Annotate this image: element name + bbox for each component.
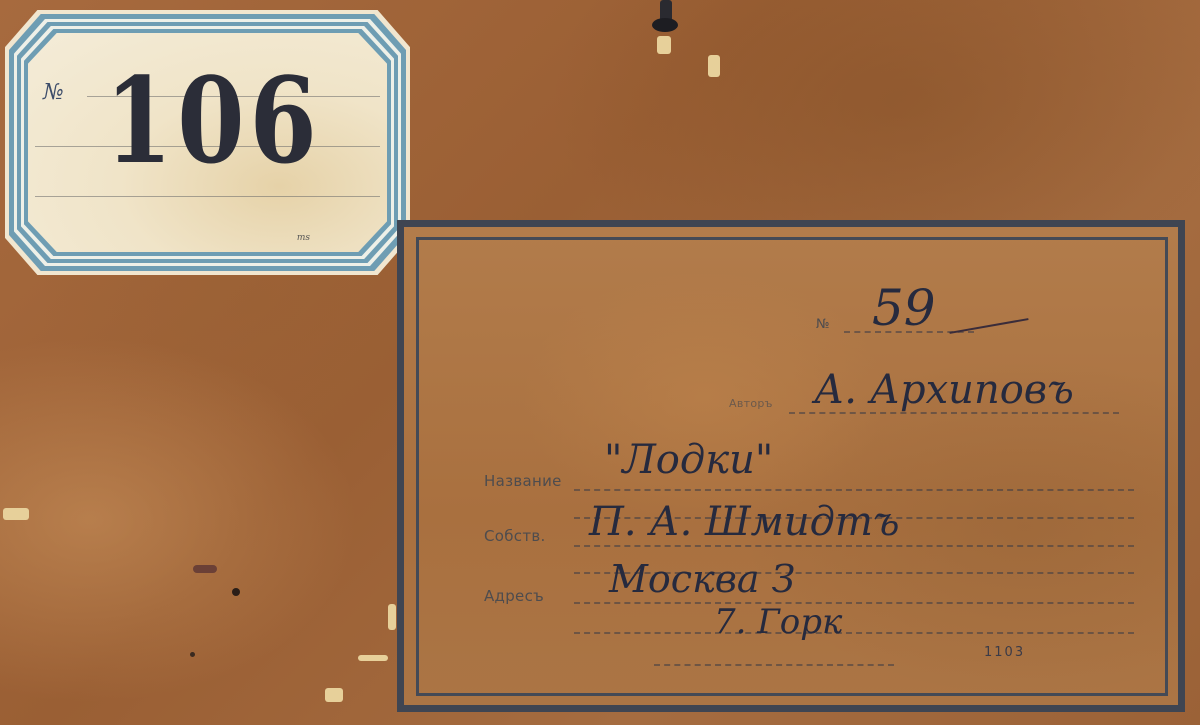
author-label: Авторъ	[729, 397, 773, 410]
paper-chip	[708, 55, 720, 77]
board-speck	[193, 565, 217, 573]
inventory-label: № 106 ms	[5, 10, 410, 275]
title-label: Название	[484, 472, 562, 490]
paper-chip	[388, 604, 396, 630]
owner-label: Собств.	[484, 527, 546, 545]
printer-mark: ms	[297, 233, 310, 243]
bottom-rule	[654, 664, 894, 666]
address-line	[574, 602, 1134, 604]
inventory-number: 106	[105, 62, 322, 180]
number-label: №	[816, 317, 830, 332]
board-speck	[232, 588, 240, 596]
paper-chip	[3, 508, 29, 520]
address-label: Адресъ	[484, 587, 544, 605]
painting-title: "Лодки"	[604, 437, 773, 483]
paper-chip	[657, 36, 671, 54]
title-line	[574, 489, 1134, 491]
nail-head	[652, 18, 678, 32]
footer-mark: 1103	[984, 645, 1025, 660]
catalog-number: 59	[872, 279, 936, 337]
address-line-1: Москва З	[609, 557, 795, 601]
address-line-2: 7. Горк	[714, 602, 842, 642]
exhibition-label: № 59 Авторъ А. Архиповъ Название "Лодки"…	[397, 220, 1185, 712]
paper-chip	[358, 655, 388, 661]
address-line-2-rule	[574, 632, 1134, 634]
owner-line	[574, 545, 1134, 547]
paper-chip	[325, 688, 343, 702]
label-rule	[35, 196, 380, 197]
board-speck	[190, 652, 195, 657]
owner-name: П. А. Шмидтъ	[589, 499, 900, 545]
author-name: А. Архиповъ	[814, 367, 1074, 413]
number-prefix: №	[43, 80, 64, 105]
